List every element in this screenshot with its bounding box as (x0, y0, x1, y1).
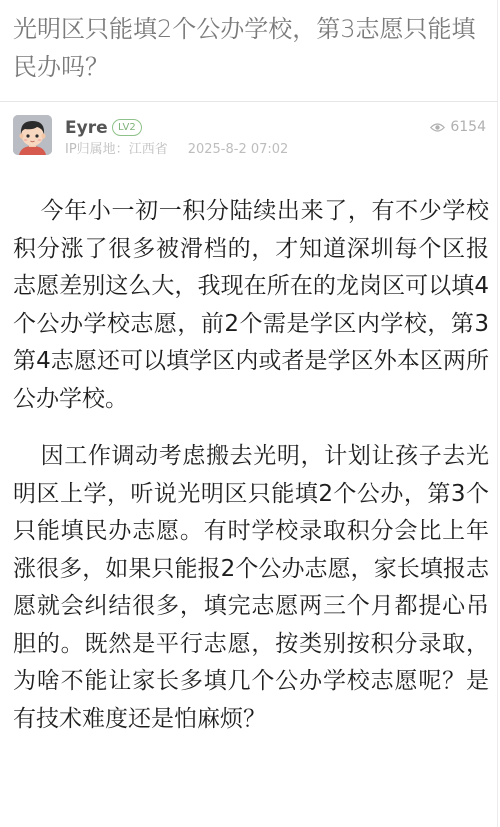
author-info-row: Eyre LV2 IP归属地：江西省2025-8-2 07:02 6154 (0, 102, 498, 172)
level-badge: LV2 (112, 119, 142, 136)
post-paragraph-1: 今年小一初一积分陆续出来了，有不少学校积分涨了很多被滑档的，才知道深圳每个区报志… (13, 193, 489, 418)
eye-icon (430, 122, 445, 133)
post-meta: IP归属地：江西省2025-8-2 07:02 (65, 141, 288, 159)
post-date: 2025-8-2 07:02 (188, 142, 289, 157)
view-count: 6154 (430, 118, 486, 136)
post-paragraph-2: 因工作调动考虑搬去光明，计划让孩子去光明区上学，听说光明区只能填2个公办，第3个… (13, 438, 489, 738)
ip-label: IP归属地： (65, 142, 129, 157)
ip-location: 江西省 (129, 142, 168, 157)
post-title: 光明区只能填2个公办学校，第3志愿只能填民办吗？ (13, 10, 483, 86)
cartoon-boy-avatar-icon (13, 115, 52, 155)
view-count-value: 6154 (450, 118, 486, 136)
post-body: 今年小一初一积分陆续出来了，有不少学校积分涨了很多被滑档的，才知道深圳每个区报志… (13, 193, 489, 758)
avatar[interactable] (13, 115, 52, 155)
author-name[interactable]: Eyre (65, 117, 108, 139)
